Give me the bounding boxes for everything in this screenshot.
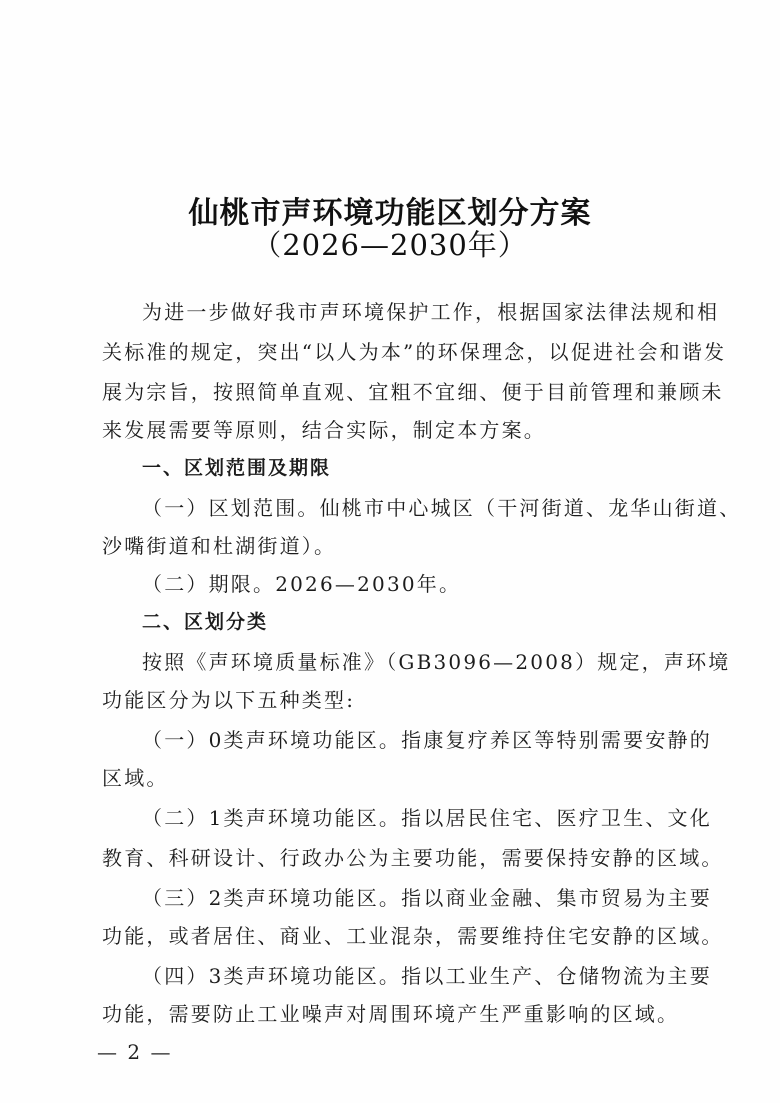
section2-intro-line-2: 功能区分为以下五种类型: [102,688,676,712]
page-number: — 2 — [97,1040,172,1064]
section2-item1-line-1: （一）0类声环境功能区。指康复疗养区等特别需要安静的 [142,728,676,752]
section2-item4-line-1: （四）3类声环境功能区。指以工业生产、仓储物流为主要 [142,964,676,988]
section2-item2-line-2: 教育、科研设计、行政办公为主要功能，需要保持安静的区域。 [102,846,676,870]
section2-heading: 二、区划分类 [142,610,676,634]
document-page: 仙桃市声环境功能区划分方案 （2026—2030年） 为进一步做好我市声环境保护… [0,0,780,1103]
intro-line-2: 关标准的规定，突出“以人为本”的环保理念，以促进社会和谐发 [102,340,676,364]
document-subtitle: （2026—2030年） [0,223,780,264]
intro-line-4: 来发展需要等原则，结合实际，制定本方案。 [102,418,676,442]
section2-item4-line-2: 功能，需要防止工业噪声对周围环境产生严重影响的区域。 [102,1002,662,1026]
intro-line-1: 为进一步做好我市声环境保护工作，根据国家法律法规和相 [142,300,676,324]
section1-heading: 一、区划范围及期限 [142,456,676,480]
section2-intro-line-1: 按照《声环境质量标准》（GB3096—2008）规定，声环境 [142,650,676,674]
section2-item1-line-2: 区域。 [102,766,676,790]
section1-item1-line-1: （一）区划范围。仙桃市中心城区（干河街道、龙华山街道、 [142,496,676,520]
section1-item2: （二）期限。2026—2030年。 [142,572,676,596]
section2-item2-line-1: （二）1类声环境功能区。指以居民住宅、医疗卫生、文化 [142,806,676,830]
intro-line-3: 展为宗旨，按照简单直观、宜粗不宜细、便于目前管理和兼顾未 [102,380,676,404]
section2-item3-line-2: 功能，或者居住、商业、工业混杂，需要维持住宅安静的区域。 [102,924,676,948]
section1-item1-line-2: 沙嘴街道和杜湖街道）。 [102,534,676,558]
section2-item3-line-1: （三）2类声环境功能区。指以商业金融、集市贸易为主要 [142,886,676,910]
